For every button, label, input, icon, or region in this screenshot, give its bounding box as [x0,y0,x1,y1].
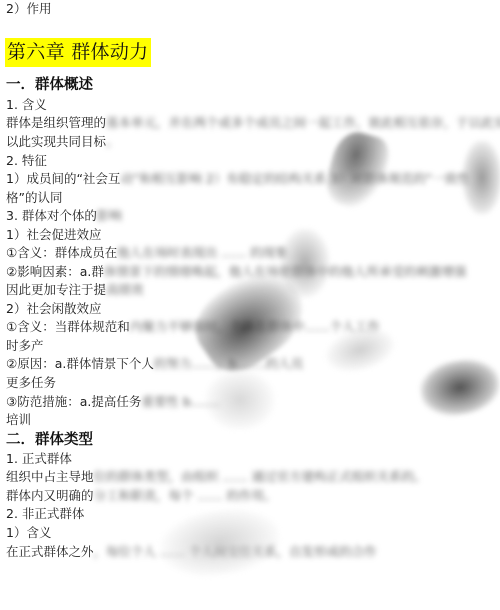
line-text: 培训 [6,412,31,427]
line-text: 组织中占主导地 [6,469,94,484]
line-text: 3. 群体对个体的 [6,208,97,223]
line-text: 1）含义 [6,525,51,540]
line-text: 1）社会促进效应 [6,227,101,242]
text-line: ②影响因素：a.群体情景下的情绪唤起，他人在场使群体中的他人所承受的刺激增强 [6,263,466,281]
blurred-text: 高绩效 [106,281,144,299]
document-page: 第六章 群体动力 一．群体概述1. 含义群体是组织管理的基本单元，并在两个或多个… [0,0,500,610]
blurred-text: 分工和职责，每个 …… 的作用。 [94,487,277,505]
text-line: ①含义：群体成员在他人在场时表现出 …… 的现象 [6,244,288,262]
line-text: 因此更加专注于提 [6,282,106,297]
text-line: 2）社会闲散效应 [6,300,101,318]
line-text: 以此实现共同目标 [6,134,106,149]
text-line: 2）作用 [6,0,51,18]
text-line: 群体是组织管理的基本单元，并在两个或多个成员之间一起工作，彼此相互依存，于以此实 [6,114,500,132]
blurred-text: 位的群体类型，由组织 …… 通过官方建构正式组织关系的。 [94,468,427,486]
line-text: ②影响因素：a.群 [6,264,104,279]
line-text: 2）作用 [6,1,51,16]
line-text: 2）社会闲散效应 [6,301,101,316]
text-line: 2. 非正式群体 [6,505,84,523]
scribble-mark [205,370,275,430]
blurred-text: 基本单元，并在两个或多个成员之间一起工作，彼此相互依存，于以此实 [106,114,500,132]
text-line: 格”的认同 [6,189,62,207]
line-text: ②原因：a.群体情景下个人 [6,356,154,371]
text-line: 2. 特征 [6,152,47,170]
line-text: 2. 特征 [6,153,47,168]
blurred-text: 他人在场时表现出 …… 的现象 [117,244,287,262]
line-text: ①含义：群体成员在 [6,245,117,260]
section-heading: 一．群体概述 [6,75,93,95]
chapter-title: 第六章 群体动力 [5,38,151,67]
line-text: 2. 非正式群体 [6,506,84,521]
line-text: 群体是组织管理的 [6,115,106,130]
blurred-text: 动”和相互影响 2）有稳定的结构关系 3）对群体规范的“一致性 [120,170,469,188]
text-line: 1）含义 [6,524,51,542]
text-line: 群体内又明确的分工和职责，每个 …… 的作用。 [6,487,276,505]
text-line: 因此更加专注于提高绩效 [6,281,144,299]
text-line: 3. 群体对个体的影响 [6,207,122,225]
blurred-text: 影响 [97,207,122,225]
text-line: 1）社会促进效应 [6,226,101,244]
line-text: 群体内又明确的 [6,488,94,503]
line-text: 格”的认同 [6,190,62,205]
text-line: ①含义：当群体规范和内聚力不够强时，个体在群体中……个人工作 [6,318,380,336]
text-line: 以此实现共同目标。 [6,133,119,151]
text-line: 1. 含义 [6,96,47,114]
line-text: ①含义：当群体规范和 [6,319,130,334]
scribble-mark [321,127,394,214]
line-text: 二．群体类型 [6,432,93,448]
text-line: 组织中占主导地位的群体类型，由组织 …… 通过官方建构正式组织关系的。 [6,468,426,486]
line-text: 在正式群体之外 [6,544,94,559]
scribble-mark [416,353,500,421]
line-text: 更多任务 [6,375,56,390]
text-line: 更多任务 [6,374,56,392]
text-line: ③防范措施：a.提高任务重要性 b.…… [6,393,220,411]
line-text: 一．群体概述 [6,77,93,93]
scribble-mark [156,502,284,583]
line-text: 时多产 [6,338,44,353]
text-line: 时多产 [6,337,44,355]
text-line: 1. 正式群体 [6,450,72,468]
text-line: 培训 [6,411,31,429]
blurred-text: 。 [106,133,119,151]
line-text: 1. 正式群体 [6,451,72,466]
line-text: 1）成员间的“社会互 [6,171,120,186]
line-text: 1. 含义 [6,97,47,112]
line-text: ③防范措施：a.提高任务 [6,394,141,409]
section-heading: 二．群体类型 [6,430,93,450]
text-line: 1）成员间的“社会互动”和相互影响 2）有稳定的结构关系 3）对群体规范的“一致… [6,170,470,188]
scribble-mark [462,140,500,215]
